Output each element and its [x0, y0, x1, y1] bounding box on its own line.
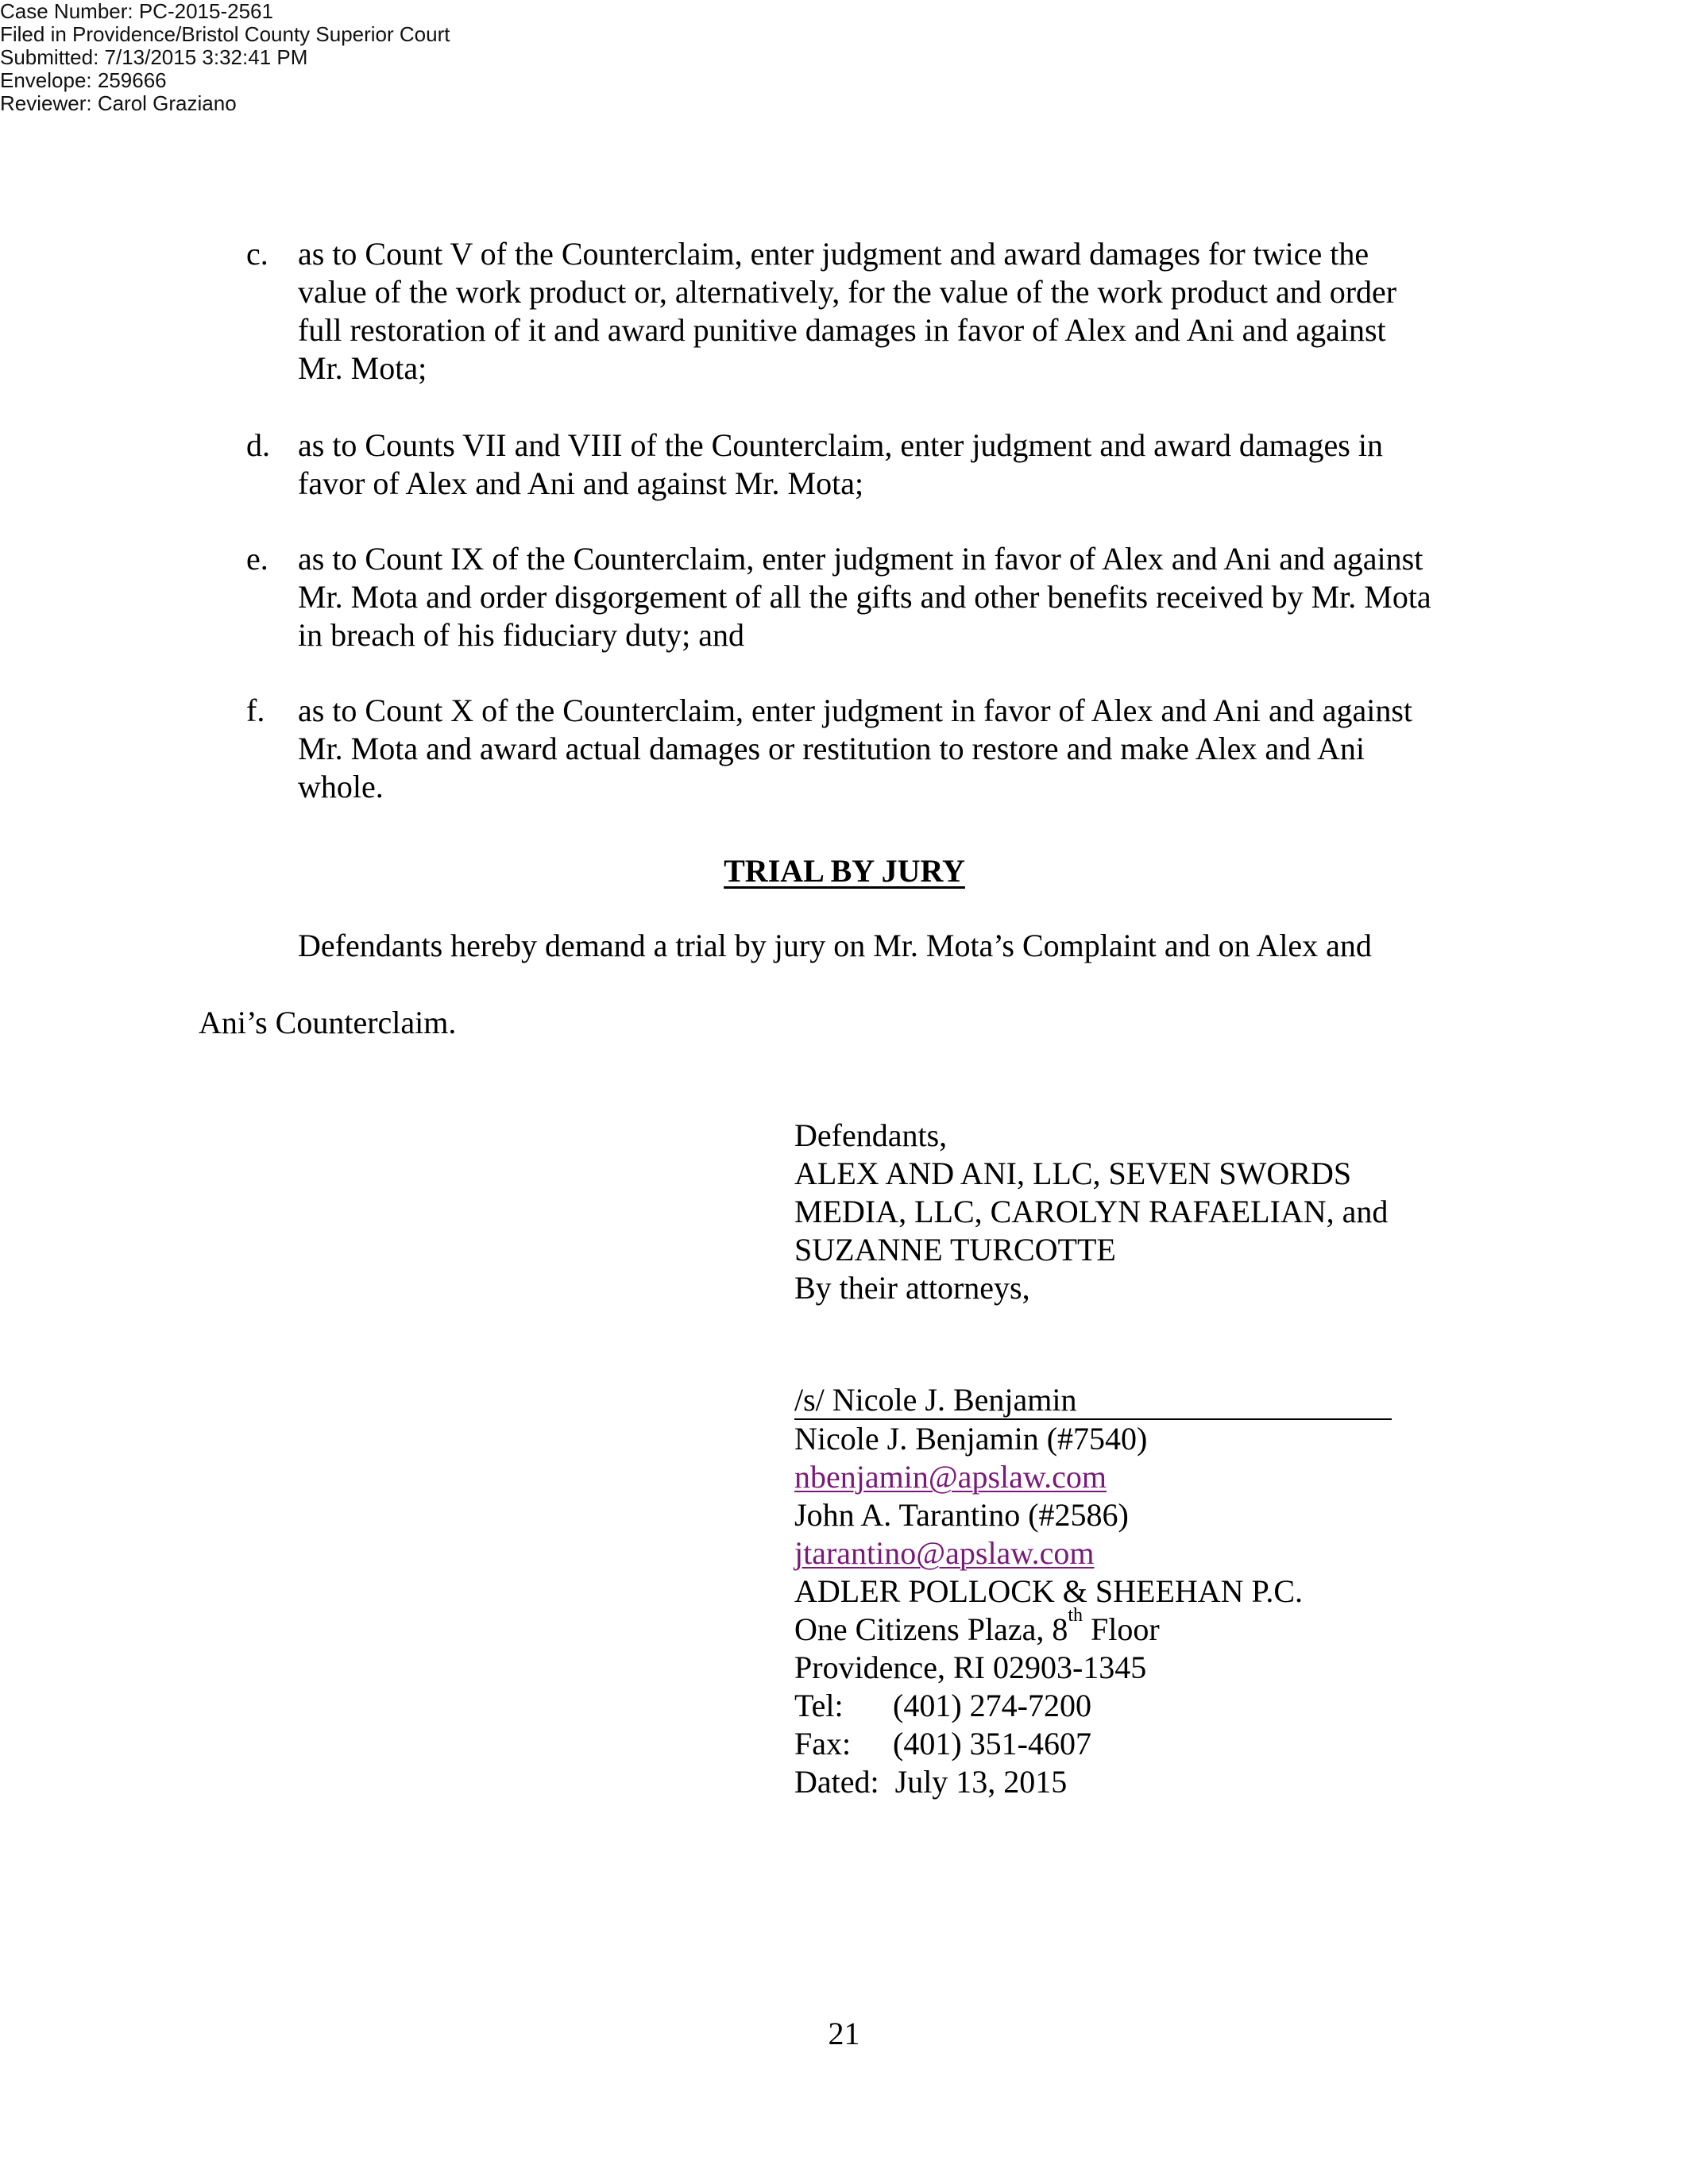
telephone-number: (401) 274-7200: [893, 1688, 1091, 1723]
fax-line: Fax:(401) 351-4607: [794, 1725, 1091, 1763]
envelope-number: Envelope: 259666: [0, 69, 450, 92]
page-number: 21: [826, 2015, 862, 2053]
jury-demand-line-1: Defendants hereby demand a trial by jury…: [298, 927, 1372, 965]
telephone-label: Tel:: [794, 1687, 893, 1725]
by-attorneys-line: By their attorneys,: [794, 1269, 1030, 1307]
submitted-timestamp: Submitted: 7/13/2015 3:32:41 PM: [0, 46, 450, 69]
list-item-line: as to Count X of the Counterclaim, enter…: [298, 692, 1412, 730]
list-item-line: in breach of his fiduciary duty; and: [298, 616, 744, 654]
party-line: MEDIA, LLC, CAROLYN RAFAELIAN, and: [794, 1193, 1388, 1231]
list-item-line: value of the work product or, alternativ…: [298, 273, 1396, 311]
fax-label: Fax:: [794, 1725, 893, 1763]
list-item-line: Mr. Mota and award actual damages or res…: [298, 730, 1365, 768]
filing-header: Case Number: PC-2015-2561 Filed in Provi…: [0, 0, 450, 115]
list-marker: e.: [246, 540, 268, 578]
attorney-2-email-wrap: jtarantino@apslaw.com: [794, 1534, 1094, 1572]
fax-number: (401) 351-4607: [893, 1726, 1091, 1761]
attorney-1-name: Nicole J. Benjamin (#7540): [794, 1420, 1147, 1458]
case-number: Case Number: PC-2015-2561: [0, 0, 450, 23]
reviewer-name: Reviewer: Carol Graziano: [0, 92, 450, 115]
address-line-2: Providence, RI 02903-1345: [794, 1649, 1146, 1687]
list-item-line: Mr. Mota and order disgorgement of all t…: [298, 578, 1431, 616]
party-line: ALEX AND ANI, LLC, SEVEN SWORDS: [794, 1155, 1351, 1193]
list-item-line: full restoration of it and award punitiv…: [298, 311, 1386, 349]
telephone-line: Tel:(401) 274-7200: [794, 1687, 1091, 1725]
address-floor: Floor: [1083, 1611, 1160, 1647]
court-name: Filed in Providence/Bristol County Super…: [0, 23, 450, 46]
list-marker: f.: [246, 692, 265, 730]
ordinal-suffix: th: [1068, 1605, 1083, 1626]
list-item-line: as to Count V of the Counterclaim, enter…: [298, 235, 1369, 273]
list-marker: d.: [246, 426, 270, 465]
parties-label: Defendants,: [794, 1117, 947, 1155]
electronic-signature: /s/ Nicole J. Benjamin: [794, 1382, 1077, 1418]
firm-name: ADLER POLLOCK & SHEEHAN P.C.: [794, 1572, 1303, 1611]
attorney-1-email-wrap: nbenjamin@apslaw.com: [794, 1458, 1107, 1496]
list-item-line: Mr. Mota;: [298, 349, 427, 388]
signature-line: /s/ Nicole J. Benjamin: [794, 1382, 1392, 1420]
jury-demand-line-2: Ani’s Counterclaim.: [199, 1004, 456, 1042]
list-item-line: as to Count IX of the Counterclaim, ente…: [298, 540, 1423, 578]
party-line: SUZANNE TURCOTTE: [794, 1231, 1116, 1269]
address-line-1: One Citizens Plaza, 8th Floor: [794, 1611, 1160, 1649]
list-item-line: as to Counts VII and VIII of the Counter…: [298, 426, 1383, 465]
attorney-2-name: John A. Tarantino (#2586): [794, 1496, 1129, 1534]
address-street: One Citizens Plaza, 8: [794, 1611, 1068, 1647]
list-marker: c.: [246, 235, 268, 273]
dated-line: Dated: July 13, 2015: [794, 1763, 1067, 1801]
attorney-2-email-link[interactable]: jtarantino@apslaw.com: [794, 1535, 1094, 1571]
list-item-line: favor of Alex and Ani and against Mr. Mo…: [298, 465, 863, 503]
list-item-line: whole.: [298, 768, 384, 806]
attorney-1-email-link[interactable]: nbenjamin@apslaw.com: [794, 1459, 1107, 1495]
section-heading-trial-by-jury: TRIAL BY JURY: [717, 852, 971, 890]
